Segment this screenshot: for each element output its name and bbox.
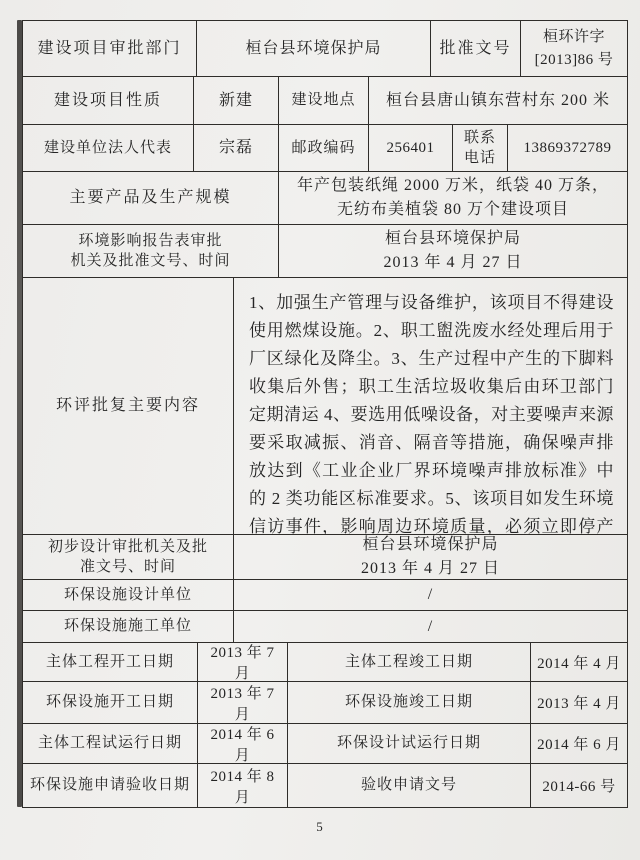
table-row: 主体工程试运行日期 2014 年 6 月 环保设计试运行日期 2014 年 6 … <box>23 723 627 763</box>
scanned-form-page: 建设项目审批部门 桓台县环境保护局 批准文号 桓环许字 [2013]86 号 建… <box>0 0 640 860</box>
eia-report-approval-value: 桓台县环境保护局 2013 年 4 月 27 日 <box>278 225 627 277</box>
eia-reply-content: 1、加强生产管理与设备维护，该项目不得建设使用燃煤设施。2、职工盥洗废水经处理后… <box>233 278 627 534</box>
legal-rep-label: 建设单位法人代表 <box>23 125 193 171</box>
legal-rep-value: 宗磊 <box>193 125 278 171</box>
acceptance-doc-label: 验收申请文号 <box>287 764 530 807</box>
main-complete-label: 主体工程竣工日期 <box>287 643 530 681</box>
preliminary-design-approval-value: 桓台县环境保护局 2013 年 4 月 27 日 <box>233 535 627 579</box>
env-construction-unit-label: 环保设施施工单位 <box>23 611 233 642</box>
approval-form-table: 建设项目审批部门 桓台县环境保护局 批准文号 桓环许字 [2013]86 号 建… <box>22 20 628 808</box>
env-design-unit-label: 环保设施设计单位 <box>23 580 233 610</box>
table-row: 环保设施施工单位 / <box>23 610 627 642</box>
table-row: 环评批复主要内容 1、加强生产管理与设备维护，该项目不得建设使用燃煤设施。2、职… <box>23 277 627 534</box>
main-complete-value: 2014 年 4 月 <box>530 643 627 681</box>
main-start-label: 主体工程开工日期 <box>23 643 197 681</box>
phone-label: 联系 电话 <box>452 125 507 171</box>
table-row: 环境影响报告表审批 机关及批准文号、时间 桓台县环境保护局 2013 年 4 月… <box>23 224 627 277</box>
location-value: 桓台县唐山镇东营村东 200 米 <box>368 77 627 124</box>
approval-dept-value: 桓台县环境保护局 <box>196 21 430 76</box>
project-nature-value: 新建 <box>193 77 278 124</box>
env-acceptance-apply-value: 2014 年 8 月 <box>197 764 287 807</box>
table-row: 主体工程开工日期 2013 年 7 月 主体工程竣工日期 2014 年 4 月 <box>23 642 627 681</box>
main-trial-value: 2014 年 6 月 <box>197 724 287 763</box>
table-row: 环保设施设计单位 / <box>23 579 627 610</box>
env-acceptance-apply-label: 环保设施申请验收日期 <box>23 764 197 807</box>
table-row: 建设单位法人代表 宗磊 邮政编码 256401 联系 电话 1386937278… <box>23 124 627 171</box>
table-row: 主要产品及生产规模 年产包装纸绳 2000 万米，纸袋 40 万条， 无纺布美植… <box>23 171 627 224</box>
preliminary-design-approval-label: 初步设计审批机关及批 准文号、时间 <box>23 535 233 579</box>
approval-doc-value: 桓环许字 [2013]86 号 <box>520 21 627 76</box>
approval-dept-label: 建设项目审批部门 <box>23 21 196 76</box>
env-design-unit-value: / <box>233 580 627 610</box>
env-design-trial-value: 2014 年 6 月 <box>530 724 627 763</box>
products-scale-value: 年产包装纸绳 2000 万米，纸袋 40 万条， 无纺布美植袋 80 万个建设项… <box>278 172 627 224</box>
acceptance-doc-value: 2014-66 号 <box>530 764 627 807</box>
env-design-trial-label: 环保设计试运行日期 <box>287 724 530 763</box>
approval-doc-label: 批准文号 <box>430 21 520 76</box>
products-scale-label: 主要产品及生产规模 <box>23 172 278 224</box>
main-trial-label: 主体工程试运行日期 <box>23 724 197 763</box>
table-row: 环保设施开工日期 2013 年 7 月 环保设施竣工日期 2013 年 4 月 <box>23 681 627 723</box>
table-row: 建设项目审批部门 桓台县环境保护局 批准文号 桓环许字 [2013]86 号 <box>23 21 627 76</box>
page-number: 5 <box>0 819 640 835</box>
env-start-value: 2013 年 7 月 <box>197 682 287 723</box>
eia-reply-label: 环评批复主要内容 <box>23 278 233 534</box>
postcode-label: 邮政编码 <box>278 125 368 171</box>
main-start-value: 2013 年 7 月 <box>197 643 287 681</box>
location-label: 建设地点 <box>278 77 368 124</box>
table-row: 环保设施申请验收日期 2014 年 8 月 验收申请文号 2014-66 号 <box>23 763 627 807</box>
env-start-label: 环保设施开工日期 <box>23 682 197 723</box>
env-construction-unit-value: / <box>233 611 627 642</box>
phone-value: 13869372789 <box>507 125 627 171</box>
table-row: 建设项目性质 新建 建设地点 桓台县唐山镇东营村东 200 米 <box>23 76 627 124</box>
eia-report-approval-label: 环境影响报告表审批 机关及批准文号、时间 <box>23 225 278 277</box>
postcode-value: 256401 <box>368 125 452 171</box>
env-complete-label: 环保设施竣工日期 <box>287 682 530 723</box>
env-complete-value: 2013 年 4 月 <box>530 682 627 723</box>
project-nature-label: 建设项目性质 <box>23 77 193 124</box>
table-row: 初步设计审批机关及批 准文号、时间 桓台县环境保护局 2013 年 4 月 27… <box>23 534 627 579</box>
